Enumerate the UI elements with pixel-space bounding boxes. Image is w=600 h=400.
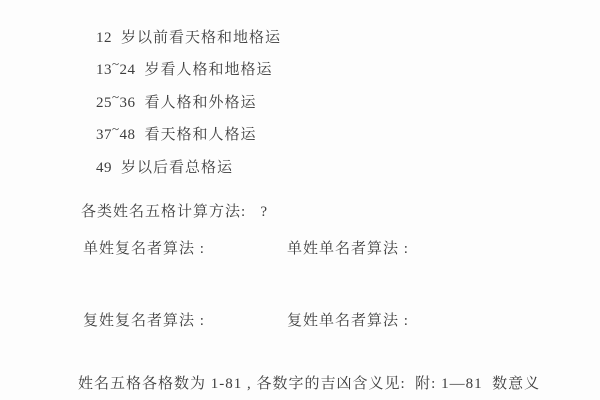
age-range: 49: [96, 160, 112, 176]
method-label-single-surname-double-given: 单姓复名者算法 :: [83, 241, 205, 257]
tilde-separator: ~: [112, 92, 120, 102]
method-label-double-surname-single-given: 复姓单名者算法 :: [287, 313, 409, 329]
age-range: 25~36: [96, 95, 136, 111]
age-rule-text: 岁以前看天格和地格运: [121, 30, 281, 46]
age-rule-text: 岁看人格和地格运: [145, 62, 273, 78]
age-range-start: 37: [96, 127, 112, 143]
age-rule-row: 49岁以后看总格运: [77, 144, 233, 192]
age-rule-text: 看天格和人格运: [145, 127, 257, 143]
age-rule-text: 岁以后看总格运: [121, 160, 233, 176]
methods-heading: 各类姓名五格计算方法: ?: [81, 204, 268, 220]
age-range-end: 24: [120, 62, 136, 78]
age-range-start: 49: [96, 160, 112, 176]
age-range-end: 48: [120, 127, 136, 143]
age-range: 37~48: [96, 127, 136, 143]
age-range-start: 13: [96, 62, 112, 78]
age-range-start: 25: [96, 95, 112, 111]
tilde-separator: ~: [112, 59, 120, 69]
tilde-separator: ~: [112, 124, 120, 134]
age-range: 12: [96, 30, 112, 46]
age-range: 13~24: [96, 62, 136, 78]
method-label-double-surname-double-given: 复姓复名者算法 :: [83, 313, 205, 329]
age-range-start: 12: [96, 30, 112, 46]
age-rule-text: 看人格和外格运: [145, 95, 257, 111]
document-page: 12岁以前看天格和地格运 13~24岁看人格和地格运 25~36看人格和外格运 …: [0, 0, 600, 400]
grid-number-range-note: 姓名五格各格数为 1-81 , 各数字的吉凶含义见: 附: 1—81 数意义: [78, 376, 540, 392]
method-label-single-surname-single-given: 单姓单名者算法 :: [287, 241, 409, 257]
age-range-end: 36: [120, 95, 136, 111]
